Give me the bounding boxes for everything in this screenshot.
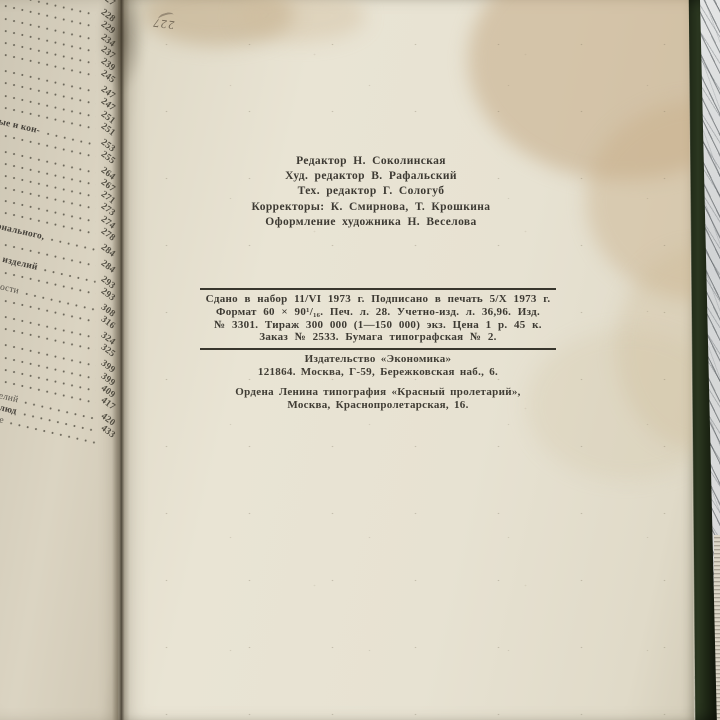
printer-block: Ордена Ленина типография «Красный пролет…: [200, 386, 556, 412]
publisher-address: 121864. Москва, Г-59, Бережковская наб.,…: [200, 366, 556, 379]
imprint-box: Сдано в набор 11/VI 1973 г. Подписано в …: [200, 288, 556, 350]
imprint-line-dates: Сдано в набор 11/VI 1973 г. Подписано в …: [200, 293, 556, 306]
publisher-name: Издательство «Экономика»: [200, 353, 556, 366]
coffee-stain: [586, 100, 694, 300]
publisher-block: Издательство «Экономика» 121864. Москва,…: [200, 353, 556, 379]
toc-page-number: [99, 444, 117, 457]
handwritten-note: 227: [152, 15, 175, 33]
credits-block: Редактор Н. Соколинская Худ. редактор В.…: [200, 154, 542, 230]
credit-line-art-editor: Худ. редактор В. Рафальский: [200, 169, 542, 184]
imprint-line-print-run: № 3301. Тираж 300 000 (1—150 000) экз. Ц…: [200, 319, 556, 332]
credit-line-tech-editor: Тех. редактор Г. Сологуб: [200, 184, 542, 199]
coffee-stain: [616, 248, 694, 448]
credit-line-proofreaders: Корректоры: К. Смирнова, Т. Крошкина: [200, 200, 542, 215]
colophon-page: 227 Редактор Н. Соколинская Худ. редакто…: [118, 0, 694, 720]
imprint-line-order: Заказ № 2533. Бумага типографская № 2.: [200, 331, 556, 344]
printer-address: Москва, Краснопролетарская, 16.: [200, 399, 556, 412]
credit-line-designer: Оформление художника Н. Веселова: [200, 215, 542, 230]
book-page-edges: [714, 535, 720, 720]
table-of-contents-page: 225227228229234237239245247247251251кули…: [0, 0, 124, 720]
coffee-stain: [468, 0, 694, 180]
toc-list: 225227228229234237239245247247251251кули…: [0, 0, 120, 457]
coffee-stain: [236, 0, 366, 42]
book-photo-scene: 225227228229234237239245247247251251кули…: [0, 0, 720, 720]
credit-line-editor: Редактор Н. Соколинская: [200, 154, 542, 169]
printer-name: Ордена Ленина типография «Красный пролет…: [200, 386, 556, 399]
imprint-line-format: Формат 60 × 90¹/₁₆. Печ. л. 28. Учетно-и…: [200, 306, 556, 319]
